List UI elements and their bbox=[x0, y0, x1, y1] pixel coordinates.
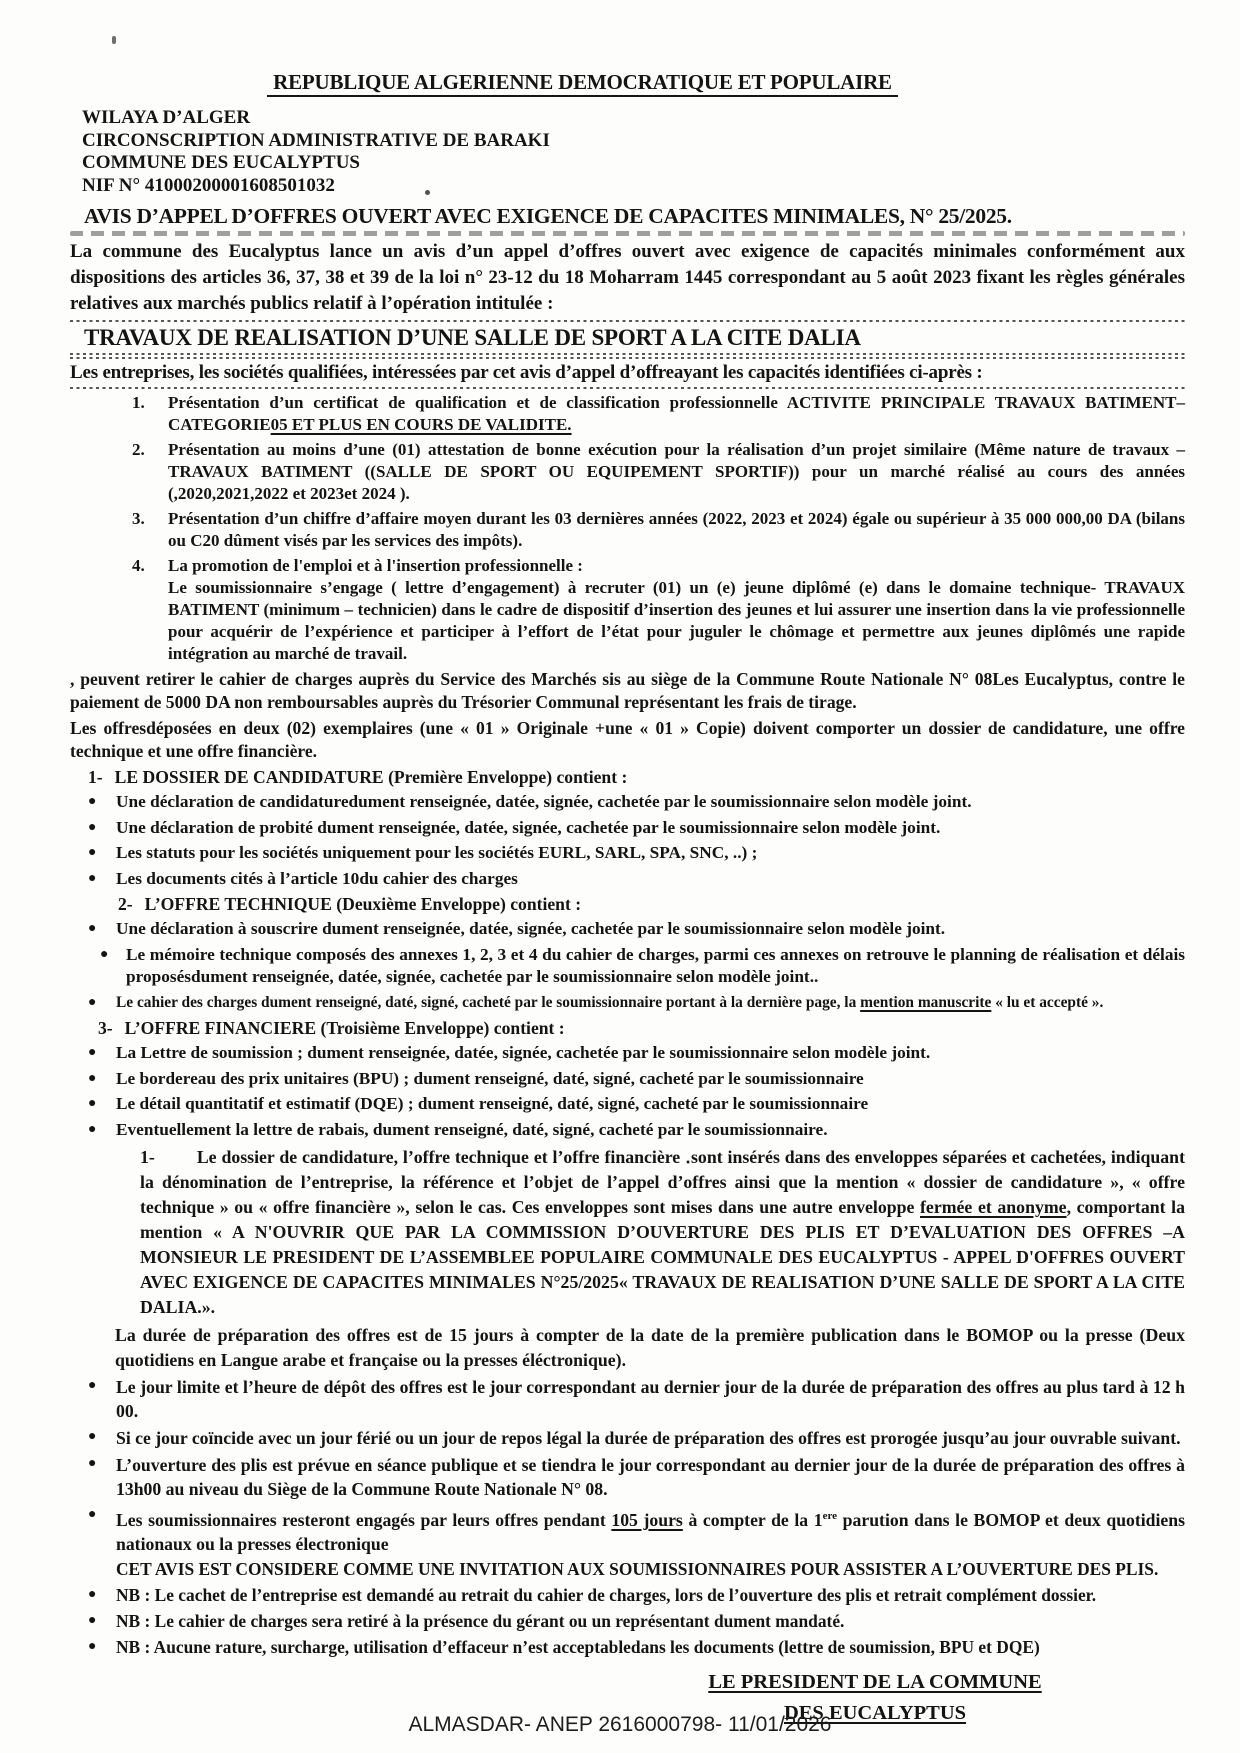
technique-bullet-2: ● Le mémoire technique composés des anne… bbox=[70, 944, 1185, 989]
requirement-item-1: 1. Présentation d’un certificat de quali… bbox=[70, 392, 1185, 436]
bullet-icon: ● bbox=[88, 868, 116, 891]
bullet-text: NB : Le cachet de l’entreprise est deman… bbox=[116, 1584, 1185, 1607]
bullet-text-part: « lu et accepté ». bbox=[991, 994, 1103, 1011]
bullet-text: Les soumissionnaires resteront engagés p… bbox=[116, 1504, 1185, 1556]
bullet-icon: ● bbox=[88, 992, 116, 1015]
bullet-icon: ● bbox=[88, 791, 116, 814]
commune-line: COMMUNE DES EUCALYPTUS bbox=[82, 152, 1185, 175]
underlined-text: fermée et anonyme bbox=[920, 1197, 1067, 1217]
section-title: L’OFFRE TECHNIQUE (Deuxième Enveloppe) c… bbox=[145, 894, 581, 914]
bullet-text: Les statuts pour les sociétés uniquement… bbox=[116, 842, 1185, 865]
section-title: LE DOSSIER DE CANDIDATURE (Première Enve… bbox=[115, 767, 628, 787]
bullet-text: NB : Aucune rature, surcharge, utilisati… bbox=[116, 1636, 1185, 1659]
bullet-icon: ● bbox=[88, 1068, 116, 1091]
bullet-text: Les documents cités à l’article 10du cah… bbox=[116, 868, 1185, 891]
section-candidature-header: 1-LE DOSSIER DE CANDIDATURE (Première En… bbox=[88, 767, 1185, 788]
underlined-text: 05 ET PLUS EN COURS DE VALIDITE. bbox=[271, 415, 572, 434]
technique-bullet-3: ● Le cahier des charges dument renseigné… bbox=[70, 992, 1185, 1015]
republic-title: REPUBLIQUE ALGERIENNE DEMOCRATIQUE ET PO… bbox=[70, 70, 1095, 95]
bullet-text: Le mémoire technique composés des annexe… bbox=[126, 944, 1185, 989]
scan-artifact bbox=[112, 36, 116, 44]
requirement-item-4: 4. La promotion de l'emploi et à l'inser… bbox=[70, 555, 1185, 665]
section-number: 1- bbox=[88, 767, 103, 787]
item-text: Présentation d’un certificat de qualific… bbox=[168, 392, 1185, 436]
item-text: La promotion de l'emploi et à l'insertio… bbox=[168, 555, 1185, 665]
candidature-bullet-4: ● Les documents cités à l’article 10du c… bbox=[70, 868, 1185, 891]
bullet-text: Une déclaration de probité dument rensei… bbox=[116, 817, 1185, 840]
withdrawal-paragraph: , peuvent retirer le cahier de charges a… bbox=[70, 668, 1185, 714]
bullet-icon: ● bbox=[88, 1119, 116, 1142]
envelope-instructions: 1-Le dossier de candidature, l’offre tec… bbox=[140, 1145, 1185, 1320]
dotted-separator bbox=[70, 320, 1185, 322]
section-financiere-header: 3-L’OFFRE FINANCIERE (Troisième Envelopp… bbox=[98, 1018, 1185, 1039]
deadline-bullet: ● Le jour limite et l’heure de dépôt des… bbox=[70, 1375, 1185, 1423]
financiere-bullet-4: ● Eventuellement la lettre de rabais, du… bbox=[70, 1119, 1185, 1142]
bullet-text: La Lettre de soumission ; dument renseig… bbox=[116, 1042, 1185, 1065]
candidature-bullet-1: ● Une déclaration de candidaturedument r… bbox=[70, 791, 1185, 814]
dotted-separator bbox=[70, 353, 1185, 355]
bullet-text: Si ce jour coïncide avec un jour férié o… bbox=[116, 1426, 1185, 1450]
bullet-icon: ● bbox=[88, 1610, 116, 1633]
bullet-icon: ● bbox=[88, 1584, 116, 1607]
circonscription-line: CIRCONSCRIPTION ADMINISTRATIVE DE BARAKI bbox=[82, 130, 1185, 153]
requirement-item-3: 3. Présentation d’un chiffre d’affaire m… bbox=[70, 508, 1185, 552]
bullet-text-part: Les soumissionnaires resteront engagés p… bbox=[116, 1510, 611, 1530]
bullet-icon: ● bbox=[88, 842, 116, 865]
tender-notice-document: REPUBLIQUE ALGERIENNE DEMOCRATIQUE ET PO… bbox=[0, 0, 1240, 1753]
nb-note-1: ● NB : Le cachet de l’entreprise est dem… bbox=[70, 1584, 1185, 1607]
notice-title: AVIS D’APPEL D’OFFRES OUVERT AVEC EXIGEN… bbox=[84, 204, 1185, 229]
candidature-bullet-2: ● Une déclaration de probité dument rens… bbox=[70, 817, 1185, 840]
dotted-separator bbox=[70, 357, 1185, 359]
bullet-text: L’ouverture des plis est prévue en séanc… bbox=[116, 1453, 1185, 1501]
financiere-bullet-3: ● Le détail quantitatif et estimatif (DQ… bbox=[70, 1093, 1185, 1116]
offers-note-paragraph: Les offresdéposées en deux (02) exemplai… bbox=[70, 717, 1185, 763]
bullet-text: Le cahier des charges dument renseigné, … bbox=[116, 992, 1185, 1015]
bullet-icon: ● bbox=[88, 817, 116, 840]
invitation-statement: CET AVIS EST CONSIDERE COMME UNE INVITAT… bbox=[116, 1557, 1185, 1581]
publication-footer: ALMASDAR- ANEP 2616000798- 11/01/2026 bbox=[0, 1713, 1240, 1737]
holiday-bullet: ● Si ce jour coïncide avec un jour férié… bbox=[70, 1426, 1185, 1450]
section-number: 3- bbox=[98, 1018, 113, 1038]
intro-paragraph: La commune des Eucalyptus lance un avis … bbox=[70, 239, 1185, 317]
dashed-separator bbox=[70, 231, 1185, 236]
wilaya-line: WILAYA D’ALGER bbox=[82, 107, 1185, 130]
financiere-bullet-2: ● Le bordereau des prix unitaires (BPU) … bbox=[70, 1068, 1185, 1091]
item-number: 4. bbox=[132, 555, 168, 665]
bullet-icon: ● bbox=[88, 1453, 116, 1501]
superscript-text: ere bbox=[823, 1510, 837, 1522]
signature-line-1: LE PRESIDENT DE LA COMMUNE bbox=[708, 1671, 1041, 1693]
bullet-icon: ● bbox=[88, 1426, 116, 1450]
bullet-icon: ● bbox=[100, 944, 126, 989]
engagement-bullet: ● Les soumissionnaires resteront engagés… bbox=[70, 1504, 1185, 1556]
financiere-bullet-1: ● La Lettre de soumission ; dument rense… bbox=[70, 1042, 1185, 1065]
nif-line: NIF N° 41000200001608501032 bbox=[82, 175, 1185, 198]
section-number: 2- bbox=[118, 894, 133, 914]
item-body: Le soumissionnaire s’engage ( lettre d’e… bbox=[168, 578, 1185, 663]
item-number: 2. bbox=[132, 439, 168, 505]
bullet-text: Une déclaration à souscrire dument rense… bbox=[116, 918, 1185, 941]
underlined-text: 105 jours bbox=[611, 1510, 682, 1530]
bullet-text: Une déclaration de candidaturedument ren… bbox=[116, 791, 1185, 814]
section-technique-header: 2-L’OFFRE TECHNIQUE (Deuxième Enveloppe)… bbox=[118, 894, 1185, 915]
underlined-text: mention manuscrite bbox=[860, 994, 991, 1011]
bullet-icon: ● bbox=[88, 1375, 116, 1423]
dotted-separator bbox=[70, 387, 1185, 389]
opening-bullet: ● L’ouverture des plis est prévue en séa… bbox=[70, 1453, 1185, 1501]
bullet-icon: ● bbox=[88, 1093, 116, 1116]
item-text: Présentation au moins d’une (01) attesta… bbox=[168, 439, 1185, 505]
paragraph-number: 1- bbox=[140, 1147, 155, 1167]
bullet-text: NB : Le cahier de charges sera retiré à … bbox=[116, 1610, 1185, 1633]
bullet-icon: ● bbox=[88, 1504, 116, 1556]
operation-title: TRAVAUX DE REALISATION D’UNE SALLE DE SP… bbox=[84, 325, 1185, 351]
bullet-text: Le jour limite et l’heure de dépôt des o… bbox=[116, 1375, 1185, 1423]
item-number: 1. bbox=[132, 392, 168, 436]
bullet-text: Eventuellement la lettre de rabais, dume… bbox=[116, 1119, 1185, 1142]
nb-note-3: ● NB : Aucune rature, surcharge, utilisa… bbox=[70, 1636, 1185, 1659]
bullet-text-part: à compter de la 1 bbox=[683, 1510, 823, 1530]
technique-bullet-1: ● Une déclaration à souscrire dument ren… bbox=[70, 918, 1185, 941]
requirement-item-2: 2. Présentation au moins d’une (01) atte… bbox=[70, 439, 1185, 505]
scan-artifact-dot bbox=[425, 190, 430, 195]
bullet-icon: ● bbox=[88, 1636, 116, 1659]
nb-note-2: ● NB : Le cahier de charges sera retiré … bbox=[70, 1610, 1185, 1633]
item-number: 3. bbox=[132, 508, 168, 552]
section-title: L’OFFRE FINANCIERE (Troisième Enveloppe)… bbox=[125, 1018, 565, 1038]
bullet-icon: ● bbox=[88, 918, 116, 941]
candidature-bullet-3: ● Les statuts pour les sociétés uniqueme… bbox=[70, 842, 1185, 865]
bullet-text-part: Le cahier des charges dument renseigné, … bbox=[116, 994, 860, 1011]
bullet-icon: ● bbox=[88, 1042, 116, 1065]
item-text: Présentation d’un chiffre d’affaire moye… bbox=[168, 508, 1185, 552]
bullet-text: Le bordereau des prix unitaires (BPU) ; … bbox=[116, 1068, 1185, 1091]
bullet-text: Le détail quantitatif et estimatif (DQE)… bbox=[116, 1093, 1185, 1116]
item-title: La promotion de l'emploi et à l'insertio… bbox=[168, 556, 583, 575]
preparation-duration-paragraph: La durée de préparation des offres est d… bbox=[115, 1323, 1185, 1372]
qualification-intro: Les entreprises, les sociétés qualifiées… bbox=[70, 362, 1185, 384]
